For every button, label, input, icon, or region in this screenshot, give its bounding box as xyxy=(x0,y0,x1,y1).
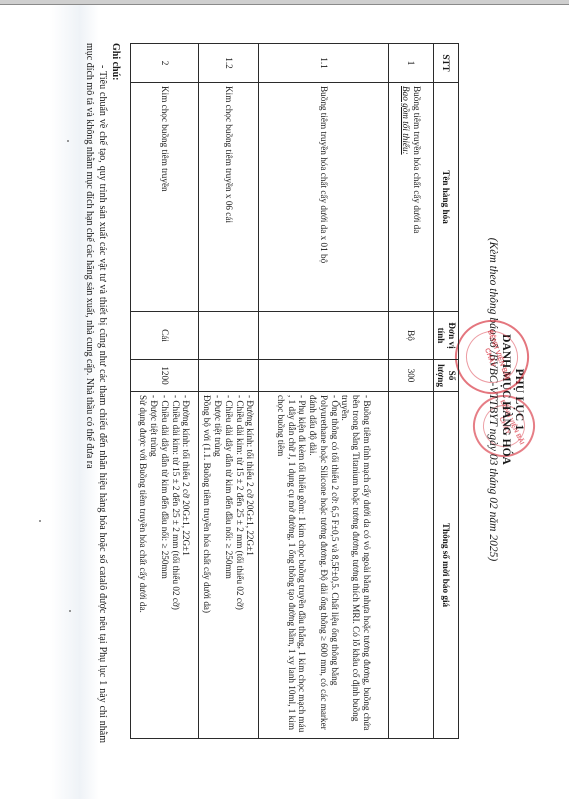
cell-unit xyxy=(199,312,259,360)
cell-stt: 1.2 xyxy=(199,44,259,83)
scan-speck xyxy=(67,140,69,142)
cell-unit xyxy=(259,312,389,360)
cell-name: Kim chọc buồng tiêm truyền xyxy=(131,83,199,312)
cell-name-sub: Bao gồm tối thiểu: xyxy=(400,86,411,308)
cell-name: Buồng tiêm truyền hóa chất cấy dưới da x… xyxy=(259,83,389,312)
cell-qty xyxy=(259,360,389,392)
cell-spec: - Đường kính: tối thiểu 2 cỡ 20G±1, 22G±… xyxy=(131,392,199,739)
header-qty: Số lượng xyxy=(434,360,459,392)
header-stt: STT xyxy=(434,44,459,83)
header-unit: Đơn vị tính xyxy=(434,312,459,360)
cell-stt: 1.1 xyxy=(259,44,389,83)
cell-spec: - Đường kính: tối thiểu 2 cỡ 20G±1, 22G±… xyxy=(199,392,259,739)
table-row: 1.2 Kim chọc buồng tiêm truyền x 06 cái … xyxy=(199,44,259,739)
header-name: Tên hàng hóa xyxy=(434,83,459,312)
viewer-top-bar xyxy=(0,0,569,5)
cell-spec: - Buồng tiêm tĩnh mạch cấy dưới da có vỏ… xyxy=(259,392,389,739)
header-spec: Thông số mời báo giá xyxy=(434,392,459,739)
cell-unit: Cái xyxy=(131,312,199,360)
table-row: 2 Kim chọc buồng tiêm truyền Cái 1200 - … xyxy=(131,44,199,739)
cell-stt: 1 xyxy=(389,44,434,83)
cell-qty: 300 xyxy=(389,360,434,392)
cell-stt: 2 xyxy=(131,44,199,83)
table-row: 1 Buồng tiêm truyền hóa chất cấy dưới da… xyxy=(389,44,434,739)
cell-qty: 1200 xyxy=(131,360,199,392)
notes-section: Ghi chú: - Tiêu chuẩn về chế tạo, quy tr… xyxy=(83,43,122,743)
cell-unit: Bộ xyxy=(389,312,434,360)
table-row: 1.1 Buồng tiêm truyền hóa chất cấy dưới … xyxy=(259,44,389,739)
document-page: BỆNH VIỆN BÃI CHÁY PHỤ LỤC 1 DANH MỤC HÀ… xyxy=(0,0,569,799)
goods-table: STT Tên hàng hóa Đơn vị tính Số lượng Th… xyxy=(130,43,459,739)
appendix-title: PHỤ LỤC 1 xyxy=(512,0,525,799)
notes-body: - Tiêu chuẩn về chế tạo, quy trình sản x… xyxy=(83,43,109,743)
table-header-row: STT Tên hàng hóa Đơn vị tính Số lượng Th… xyxy=(434,44,459,739)
list-title: DANH MỤC HÀNG HÓA xyxy=(499,0,512,799)
reference-note: (Kèm theo thông báo số /BVBC-VTTBYT ngày… xyxy=(486,0,499,799)
cell-spec xyxy=(389,392,434,739)
notes-title: Ghi chú: xyxy=(109,43,122,743)
document-header: PHỤ LỤC 1 DANH MỤC HÀNG HÓA (Kèm theo th… xyxy=(486,0,525,799)
scan-speck xyxy=(69,610,71,612)
cell-qty xyxy=(199,360,259,392)
cell-name: Buồng tiêm truyền hóa chất cấy dưới da B… xyxy=(389,83,434,312)
scan-speck xyxy=(39,520,41,522)
cell-name: Kim chọc buồng tiêm truyền x 06 cái xyxy=(199,83,259,312)
